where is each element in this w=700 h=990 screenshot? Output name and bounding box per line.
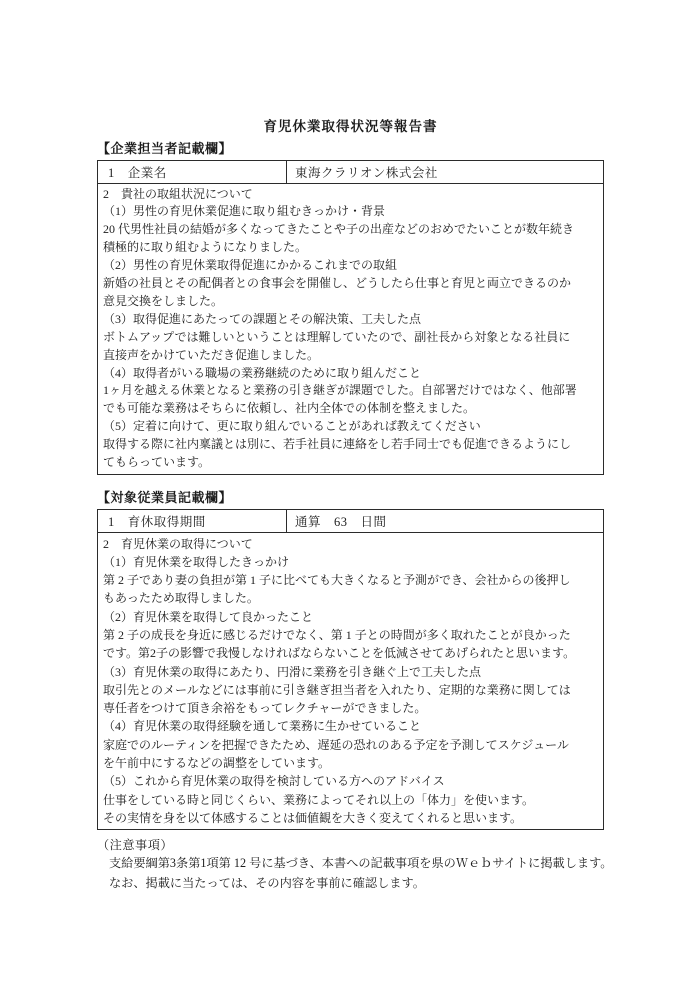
company-text-line: 積極的に取り組むようになりました。 [103, 239, 598, 257]
employee-text-line: その実情を身を以て体感することは価値観を大きく変えてくれると思います。 [103, 809, 598, 827]
employee-text-line: を午前中にするなどの調整をしています。 [103, 754, 598, 772]
company-text-line: （2）男性の育児休業取得促進にかかるこれまでの取組 [103, 257, 598, 275]
employee-text-line: （4）育児休業の取得経験を通して業務に生かせていること [103, 717, 598, 735]
company-text-line: 新婚の社員とその配偶者との食事会を開催し、どうしたら仕事と育児と両立できるのか [103, 275, 598, 293]
company-name-label: 1 企業名 [98, 161, 287, 183]
section-header-company: 【企業担当者記載欄】 [97, 140, 604, 158]
leave-period-value: 通算 63 日間 [287, 512, 603, 530]
notes-lines: 支給要綱第3条第1項第 12 号に基づき、本書への記載事項を県のＷｅｂサイトに掲… [97, 854, 604, 893]
company-text-line: 20 代男性社員の結婚が多くなってきたことや子の出産などのおめでたいことが数年続… [103, 221, 598, 239]
leave-period-label: 1 育休取得期間 [98, 510, 287, 532]
company-text-line: 直接声をかけていただき促進しました。 [103, 347, 598, 365]
company-name-row: 1 企業名 東海クラリオン株式会社 [98, 161, 603, 183]
notes-title: （注意事項） [97, 836, 604, 854]
employee-answers: 2 育児休業の取得について（1）育児休業を取得したきっかけ第 2 子であり妻の負… [98, 532, 603, 830]
employee-text-line: もあったため取得しました。 [103, 589, 598, 607]
employee-text-line: （1）育児休業を取得したきっかけ [103, 553, 598, 571]
company-text-line: 1ヶ月を越える休業となると業務の引き継ぎが課題でした。自部署だけではなく、他部署 [103, 382, 598, 400]
company-table: 1 企業名 東海クラリオン株式会社 2 貴社の取組状況について（1）男性の育児休… [97, 160, 604, 475]
note-line: なお、掲載に当たっては、その内容を事前に確認します。 [109, 874, 604, 894]
company-text-line: てもらっています。 [103, 454, 598, 472]
company-text-line: 取得する際に社内稟議とは別に、若手社員に連絡をし若手同士でも促進できるようにし [103, 436, 598, 454]
employee-text-line: （3）育児休業の取得にあたり、円滑に業務を引き継ぐ上で工夫した点 [103, 663, 598, 681]
company-text-line: 意見交換をしました。 [103, 293, 598, 311]
employee-text-line: 2 育児休業の取得について [103, 535, 598, 553]
employee-text-line: 取引先とのメールなどには事前に引き継ぎ担当者を入れたり、定期的な業務に関しては [103, 681, 598, 699]
company-text-line: でも可能な業務はそちらに依頼し、社内全体での体制を整えました。 [103, 400, 598, 418]
employee-text-line: （5）これから育児休業の取得を検討している方へのアドバイス [103, 772, 598, 790]
employee-text-line: 専任者をつけて頂き余裕をもってレクチャーができました。 [103, 699, 598, 717]
employee-text-line: 第 2 子であり妻の負担が第 1 子に比べても大きくなると予測ができ、会社からの… [103, 571, 598, 589]
employee-text-line: 家庭でのルーティンを把握できたため、遅延の恐れのある予定を予測してスケジュール [103, 736, 598, 754]
company-text-line: 2 貴社の取組状況について [103, 186, 598, 204]
employee-text-line: （2）育児休業を取得して良かったこと [103, 608, 598, 626]
document-title: 育児休業取得状況等報告書 [97, 118, 604, 136]
company-text-line: （3）取得促進にあたっての課題とその解決策、工夫した点 [103, 311, 598, 329]
leave-period-row: 1 育休取得期間 通算 63 日間 [98, 510, 603, 532]
company-text-line: （4）取得者がいる職場の業務継続のために取り組んだこと [103, 365, 598, 383]
section-header-employee: 【対象従業員記載欄】 [97, 489, 604, 507]
employee-table: 1 育休取得期間 通算 63 日間 2 育児休業の取得について（1）育児休業を取… [97, 509, 604, 830]
employee-text-line: 第 2 子の成長を身近に感じるだけでなく、第 1 子との時間が多く取れたことが良… [103, 626, 598, 644]
report-page: 育児休業取得状況等報告書 【企業担当者記載欄】 1 企業名 東海クラリオン株式会… [0, 0, 700, 990]
employee-text-line: です。第2子の影響で我慢しなければならないことを低減させてあげられたと思います。 [103, 644, 598, 662]
company-text-line: （5）定着に向けて、更に取り組んでいることがあれば教えてください [103, 418, 598, 436]
note-line: 支給要綱第3条第1項第 12 号に基づき、本書への記載事項を県のＷｅｂサイトに掲… [109, 854, 604, 874]
employee-text-line: 仕事をしている時と同じくらい、業務によってそれ以上の「体力」を使います。 [103, 791, 598, 809]
notes-section: （注意事項） 支給要綱第3条第1項第 12 号に基づき、本書への記載事項を県のＷ… [97, 836, 604, 893]
company-text-line: （1）男性の育児休業促進に取り組むきっかけ・背景 [103, 203, 598, 221]
document-body: 育児休業取得状況等報告書 【企業担当者記載欄】 1 企業名 東海クラリオン株式会… [97, 0, 604, 893]
company-text-line: ボトムアップでは難しいということは理解していたので、副社長から対象となる社員に [103, 329, 598, 347]
company-name-value: 東海クラリオン株式会社 [287, 163, 603, 181]
company-answers: 2 貴社の取組状況について（1）男性の育児休業促進に取り組むきっかけ・背景20 … [98, 183, 603, 475]
